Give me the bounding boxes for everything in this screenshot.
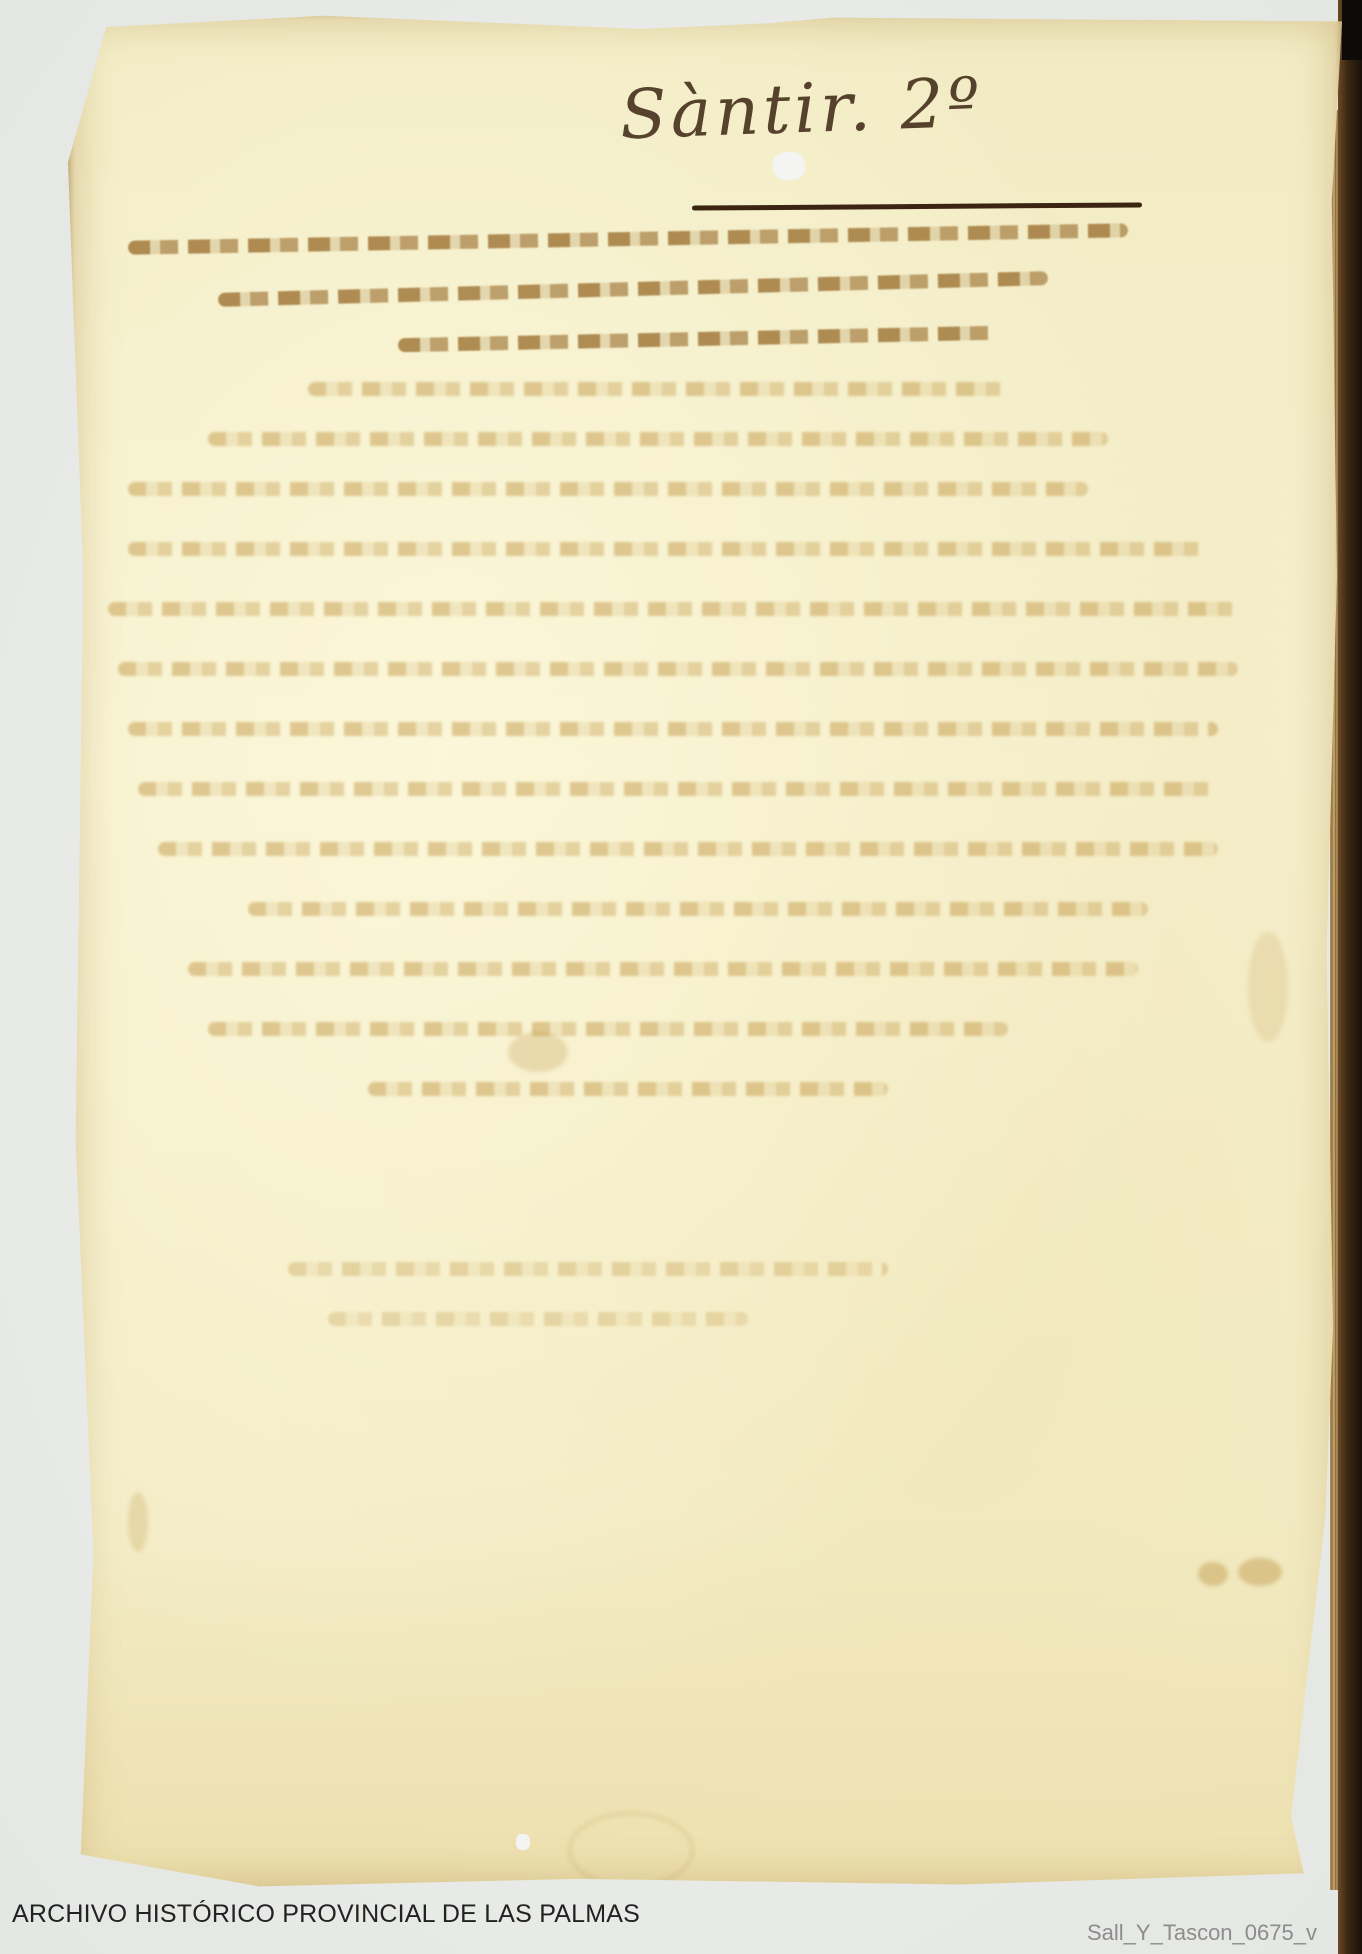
bleed-through-line — [218, 271, 1048, 307]
bleed-through-line — [158, 842, 1218, 856]
bleed-through-line — [308, 382, 1008, 396]
stain — [1238, 1558, 1282, 1586]
bleed-through-line — [208, 1022, 1008, 1036]
stain — [508, 1032, 568, 1072]
paper-hole — [516, 1834, 530, 1850]
bleed-through-line — [138, 782, 1218, 796]
bleed-through-line — [208, 432, 1108, 446]
paper-hole — [773, 152, 805, 180]
bleed-through-line — [108, 602, 1238, 616]
bleed-through-line — [248, 902, 1148, 916]
bleed-through-line — [128, 482, 1088, 496]
bleed-through-line — [128, 542, 1208, 556]
bleed-through-line — [188, 962, 1138, 976]
bleed-through-line — [328, 1312, 748, 1326]
stain — [1248, 932, 1288, 1042]
stain — [1198, 1562, 1228, 1586]
bleed-through-line — [398, 326, 998, 353]
book-binding — [1338, 0, 1362, 1954]
manuscript-page — [68, 12, 1342, 1892]
bleed-through-line — [128, 722, 1218, 736]
binding-shadow — [1342, 0, 1362, 60]
bleed-through-line — [368, 1082, 888, 1096]
bleed-through-line — [118, 662, 1238, 676]
bleed-through-line — [128, 223, 1128, 254]
stain — [568, 1812, 694, 1888]
stain — [128, 1492, 148, 1552]
archive-caption: ARCHIVO HISTÓRICO PROVINCIAL DE LAS PALM… — [12, 1900, 640, 1929]
filename-caption: Sall_Y_Tascon_0675_v — [1087, 1920, 1317, 1946]
heading-script: Sàntir. 2º — [619, 64, 985, 156]
bleed-through-line — [288, 1262, 888, 1276]
